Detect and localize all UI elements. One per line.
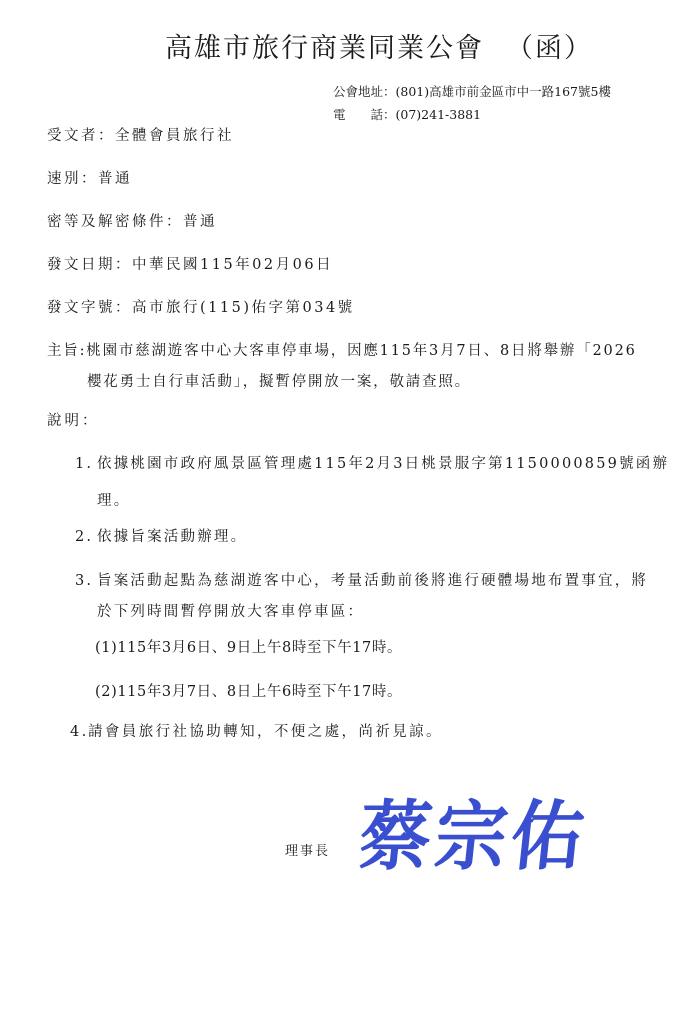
description-item-3: 3.旨案活動起點為慈湖遊客中心，考量活動前後將進行硬體場地布置事宜，將 於下列時…: [75, 566, 648, 628]
address-row: 公會地址：(801)高雄市前金區市中一路167號5樓: [333, 80, 611, 103]
security-field: 密等及解密條件：普通: [47, 210, 217, 231]
item-text-line-1: 請會員旅行社協助轉知，不便之處，尚祈見諒。: [88, 724, 443, 740]
item-text-line-1: 旨案活動起點為慈湖遊客中心，考量活動前後將進行硬體場地布置事宜，將: [97, 573, 648, 589]
speed-field: 速別：普通: [47, 167, 132, 188]
doc-kind: （函）: [506, 33, 593, 64]
subject-section: 主旨:桃園市慈湖遊客中心大客車停車場，因應115年3月7日、8日將舉辦「2026…: [47, 336, 677, 398]
contact-info: 公會地址：(801)高雄市前金區市中一路167號5樓 電 話：(07)241-3…: [333, 80, 611, 126]
description-label: 說明：: [47, 409, 100, 430]
address-value: (801)高雄市前金區市中一路167號5樓: [396, 84, 611, 99]
item-text-line-2: 於下列時間暫停開放大客車停車區：: [75, 597, 648, 628]
description-item-2: 2.依據旨案活動辦理。: [75, 522, 247, 553]
phone-row: 電 話：(07)241-3881: [333, 103, 611, 126]
chairman-title: 理事長: [285, 840, 330, 859]
subject-line-1: 主旨:桃園市慈湖遊客中心大客車停車場，因應115年3月7日、8日將舉辦「2026: [47, 336, 677, 367]
item-text-line-1: 依據旨案活動辦理。: [97, 529, 247, 545]
sub-item-2: (2)115年3月7日、8日上午6時至下午17時。: [95, 680, 402, 701]
item-number: 4.: [70, 717, 88, 748]
address-label: 公會地址：: [333, 84, 396, 99]
sub-item-1: (1)115年3月6日、9日上午8時至下午17時。: [95, 636, 402, 657]
item-number: 1.: [75, 449, 97, 480]
subject-line-2: 櫻花勇士自行車活動」，擬暫停開放一案，敬請查照。: [47, 367, 677, 398]
recipient-field: 受文者：全體會員旅行社: [47, 124, 234, 145]
item-number: 3.: [75, 566, 97, 597]
doc-number-field: 發文字號：高市旅行(115)佑字第034號: [47, 296, 355, 317]
item-number: 2.: [75, 522, 97, 553]
phone-value: (07)241-3881: [396, 107, 482, 122]
description-item-1: 1.依據桃園市政府風景區管理處115年2月3日桃景服字第1150000859號函…: [75, 449, 669, 517]
org-name: 高雄市旅行商業同業公會: [165, 33, 484, 64]
description-item-4: 4.請會員旅行社協助轉知，不便之處，尚祈見諒。: [70, 717, 443, 748]
item-text-line-1: 依據桃園市政府風景區管理處115年2月3日桃景服字第1150000859號函辦: [97, 456, 669, 472]
document-title: 高雄市旅行商業同業公會（函）: [165, 26, 593, 65]
phone-label: 電 話：: [333, 107, 396, 122]
item-text-line-2: 理。: [75, 486, 669, 517]
issue-date-field: 發文日期：中華民國115年02月06日: [47, 253, 333, 274]
chairman-signature: 蔡宗佑: [354, 775, 593, 884]
